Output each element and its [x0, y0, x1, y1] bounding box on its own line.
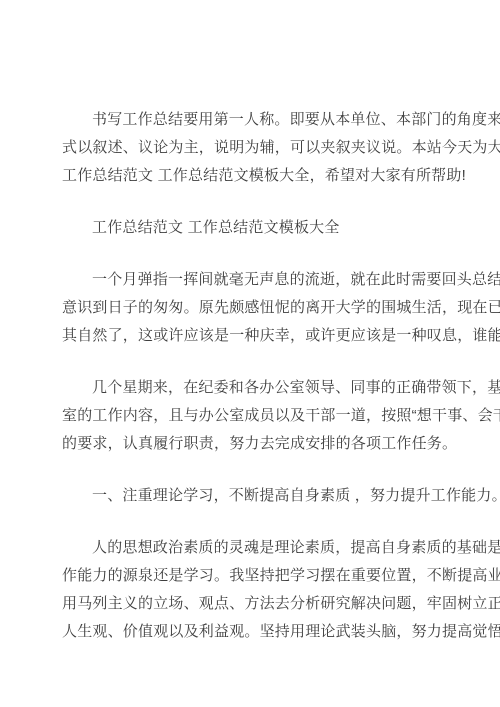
body-paragraph: 一个月弹指一挥间就毫无声息的流逝，就在此时需要回头总结之际才猛然间 意识到日子的…: [62, 266, 470, 350]
text-line: 一个月弹指一挥间就毫无声息的流逝，就在此时需要回头总结之际才猛然间: [62, 266, 470, 294]
text-line: 室的工作内容，且与办公室成员以及干部一道，按照“想干事、会干事、干成事”: [62, 402, 470, 430]
text-line: 用马列主义的立场、观点、方法去分析研究解决问题，牢固树立正确的世界观、: [62, 590, 470, 618]
text-line: 书写工作总结要用第一人称。即要从本单位、本部门的角度来撰写。表达方: [62, 106, 470, 134]
document-page: 书写工作总结要用第一人称。即要从本单位、本部门的角度来撰写。表达方 式以叙述、议…: [0, 0, 500, 707]
text-line: 工作总结范文 工作总结范文模板大全，希望对大家有所帮助!: [62, 162, 470, 190]
text-line: 人的思想政治素质的灵魂是理论素质，提高自身素质的基础是学习，提升工: [62, 534, 470, 562]
text-line: 其自然了，这或许应该是一种庆幸，或许更应该是一种叹息，谁能说得清呢?: [62, 322, 470, 350]
text-line: 的要求，认真履行职责，努力去完成安排的各项工作任务。: [62, 430, 470, 458]
text-line: 几个星期来，在纪委和各办公室领导、同事的正确带领下，基本熟悉了办公: [62, 374, 470, 402]
text-line: 意识到日子的匆匆。原先颇感忸怩的离开大学的围城生活，现在已经渐渐变得顺: [62, 294, 470, 322]
text-line: 人生观、价值观以及利益观。坚持用理论武装头脑，努力提高觉悟，始终把党和: [62, 618, 470, 646]
text-line: 作能力的源泉还是学习。我坚持把学习摆在重要位置，不断提高业务水平。坚持: [62, 562, 470, 590]
section-heading: 一、注重理论学习，不断提高自身素质 ，努力提升工作能力。: [62, 482, 470, 510]
body-paragraph: 几个星期来，在纪委和各办公室领导、同事的正确带领下，基本熟悉了办公 室的工作内容…: [62, 374, 470, 458]
body-paragraph: 人的思想政治素质的灵魂是理论素质，提高自身素质的基础是学习，提升工 作能力的源泉…: [62, 534, 470, 646]
heading-line: 一、注重理论学习，不断提高自身素质 ，努力提升工作能力。: [62, 482, 470, 510]
title-line: 工作总结范文 工作总结范文模板大全: [62, 214, 470, 242]
intro-paragraph: 书写工作总结要用第一人称。即要从本单位、本部门的角度来撰写。表达方 式以叙述、议…: [62, 106, 470, 190]
text-line: 式以叙述、议论为主，说明为辅，可以夹叙夹议说。本站今天为大家精心准备了: [62, 134, 470, 162]
document-title: 工作总结范文 工作总结范文模板大全: [62, 214, 470, 242]
